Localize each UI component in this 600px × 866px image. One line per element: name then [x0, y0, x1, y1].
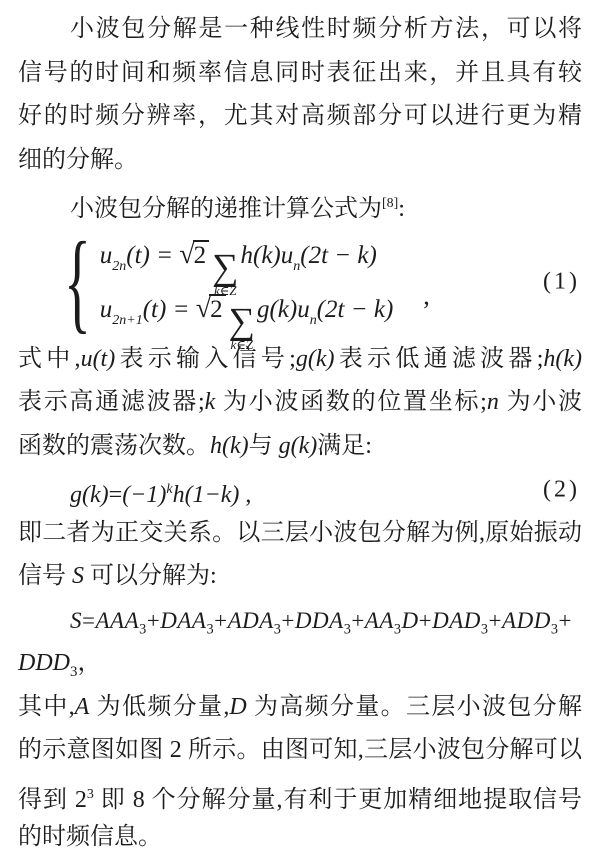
text-run: 的时频信息。 [18, 824, 162, 850]
math-u: u [281, 242, 294, 269]
text-run: 为小波 [499, 389, 582, 415]
text-run: 细的分解。 [18, 147, 138, 173]
body-line-5-with-reference: 小波包分解的递推计算公式为[8]: [18, 182, 582, 226]
text-run: u(t) [81, 346, 116, 372]
text-run: D [402, 608, 419, 633]
equation-1-row-even: u2n(t) = √2∑k∈Zh(k)un(2t − k) [100, 228, 394, 282]
body-line-12: 其中,A 为低频分量,D 为高频分量。三层小波包分解 [18, 686, 582, 730]
radicand: 2 [193, 240, 210, 269]
text-run: 函数的震荡次数。 [18, 433, 210, 459]
text-run: 3 [139, 621, 147, 637]
math-subscript: 2n [112, 259, 126, 274]
text-run: A [75, 694, 90, 720]
text-run: + [419, 608, 432, 633]
equals-sign: = [150, 242, 179, 269]
text-run: 信号的时间和频率信息同时表征出来，并且具有较 [18, 60, 582, 86]
sigma-icon: ∑ [229, 307, 255, 337]
text-run: DAA [160, 608, 206, 633]
math-arg: (t) [143, 296, 167, 323]
body-line-4: 细的分解。 [18, 139, 582, 183]
math-filter-g: g(k) [257, 296, 297, 323]
text-run: k [205, 389, 216, 415]
wavelet-expansion-formula-continued: DDD3， [18, 642, 582, 686]
text-run: 式中, [18, 346, 81, 372]
text-run: + [489, 608, 502, 633]
text-run: ADD [502, 608, 551, 633]
text-run: [8] [382, 196, 398, 211]
sigma-icon: ∑ [212, 253, 238, 283]
math-arg: (2t − k) [317, 296, 394, 323]
body-line-10: 信号 S 可以分解为: [18, 555, 582, 599]
text-run: 3 [481, 621, 489, 637]
text-run: 得到 2 [18, 787, 87, 813]
text-run: = [82, 608, 95, 633]
text-run: h(k) [210, 433, 249, 459]
body-line-14: 得到 23 即 8 个分解分量,有利于更加精细地提取信号 [18, 773, 582, 817]
math-subscript: 2n+1 [112, 313, 142, 328]
left-brace-icon: { [64, 226, 91, 338]
body-line-7: 表示高通滤波器;k 为小波函数的位置坐标;n 为小波 [18, 381, 582, 425]
body-line-13: 的示意图如图 2 所示。由图可知,三层小波包分解可以 [18, 729, 582, 773]
text-run: 3 [87, 787, 94, 802]
text-run: g(k) [279, 433, 318, 459]
text-run: 小波包分解是一种线性时频分析方法，可以将 [70, 16, 582, 42]
text-run: , [239, 482, 251, 508]
text-run: 为低频分量, [89, 694, 229, 720]
text-run: + [351, 608, 364, 633]
text-run: 的示意图如图 2 所示。由图可知,三层小波包分解可以 [18, 737, 582, 763]
body-line-2: 信号的时间和频率信息同时表征出来，并且具有较 [18, 52, 582, 96]
text-run: 表示高通滤波器; [18, 389, 205, 415]
text-run: ， [77, 650, 101, 676]
text-run: DDA [295, 608, 344, 633]
text-run: DAD [432, 608, 481, 633]
text-run: 即 8 个分解分量,有利于更加精细地提取信号 [94, 787, 582, 813]
text-run: 其中, [18, 694, 75, 720]
math-u: u [100, 242, 113, 269]
text-run: AA [365, 608, 394, 633]
text-run: 小波包分解的递推计算公式为 [70, 196, 382, 222]
text-run: n [487, 389, 499, 415]
text-run: 3 [206, 621, 214, 637]
text-run: 好的时频分辨率，尤其对高频部分可以进行更为精 [18, 103, 582, 129]
text-run: : [398, 196, 405, 222]
body-line-3: 好的时频分辨率，尤其对高频部分可以进行更为精 [18, 95, 582, 139]
math-arg: (2t − k) [300, 242, 377, 269]
equation-2: g(k)=(−1)kh(1−k) ,(2) [18, 468, 582, 512]
text-run: + [558, 608, 571, 633]
text-run: g(k) [296, 346, 335, 372]
text-run: ADA [228, 608, 274, 633]
equation-2-content: g(k)=(−1)kh(1−k) , [70, 482, 251, 508]
equals-sign: = [166, 296, 195, 323]
equation-2-number: (2) [543, 468, 580, 512]
text-run: h(k) [543, 346, 582, 372]
text-run: (−1) [122, 482, 166, 508]
text-run: + [281, 608, 294, 633]
text-run: h(1−k) [173, 482, 240, 508]
body-line-1: 小波包分解是一种线性时频分析方法，可以将 [18, 8, 582, 52]
text-run: AAA [95, 608, 139, 633]
math-arg: (t) [126, 242, 150, 269]
text-run: 信号 [18, 563, 72, 589]
text-run: = [109, 482, 123, 508]
equation-1-number: (1) [543, 268, 580, 295]
equation-comma: , [423, 281, 430, 311]
text-run: 表示输入信号; [115, 346, 296, 372]
text-run: 即二者为正交关系。以三层小波包分解为例,原始振动 [18, 520, 582, 546]
body-line-15: 的时频信息。 [18, 816, 582, 860]
text-run: g(k) [70, 482, 109, 508]
text-run: D [229, 694, 246, 720]
text-run: DDD [18, 650, 70, 676]
equation-1: { u2n(t) = √2∑k∈Zh(k)un(2t − k) u2n+1(t)… [64, 226, 582, 338]
wavelet-expansion-formula: S=AAA3+DAA3+ADA3+DDA3+AA3D+DAD3+ADD3+ [18, 599, 582, 643]
math-subscript: n [310, 313, 317, 328]
body-line-6: 式中,u(t)表示输入信号;g(k)表示低通滤波器;h(k) [18, 338, 582, 382]
text-run: 为高频分量。三层小波包分解 [247, 694, 582, 720]
text-run: 为小波函数的位置坐标; [215, 389, 487, 415]
equation-1-row-odd: u2n+1(t) = √2∑k∈Zg(k)un(2t − k) [100, 282, 394, 336]
text-run: S [70, 608, 82, 633]
text-run: + [147, 608, 160, 633]
text-run: + [214, 608, 227, 633]
text-run: 表示低通滤波器; [334, 346, 543, 372]
math-u: u [100, 296, 113, 323]
math-filter-h: h(k) [241, 242, 281, 269]
radicand: 2 [209, 294, 226, 323]
text-run: 满足: [317, 433, 372, 459]
body-line-8: 函数的震荡次数。h(k)与 g(k)满足: [18, 425, 582, 469]
math-u: u [297, 296, 310, 323]
body-line-9: 即二者为正交关系。以三层小波包分解为例,原始振动 [18, 512, 582, 556]
paper-page: 小波包分解是一种线性时频分析方法，可以将 信号的时间和频率信息同时表征出来，并且… [0, 0, 600, 866]
text-run: 与 [249, 433, 279, 459]
text-run: 可以分解为: [84, 563, 217, 589]
text-run: S [72, 563, 84, 589]
equation-1-rows: u2n(t) = √2∑k∈Zh(k)un(2t − k) u2n+1(t) =… [100, 228, 394, 336]
text-run: 3 [394, 621, 402, 637]
